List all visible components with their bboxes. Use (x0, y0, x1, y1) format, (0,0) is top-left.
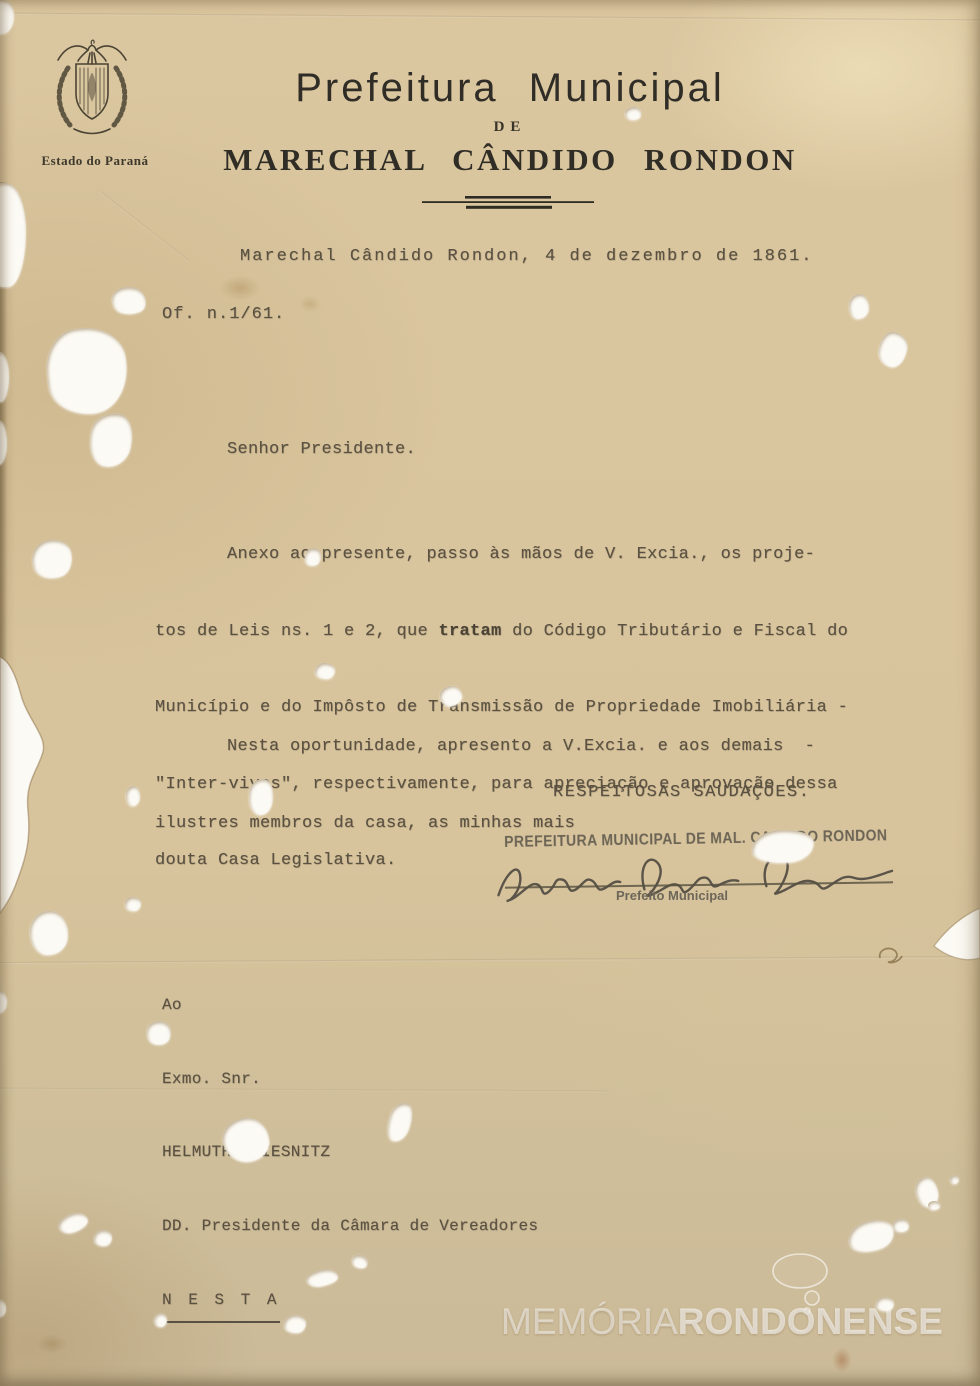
paper-hole (43, 324, 132, 418)
paper-hole (928, 1201, 940, 1210)
paragraph-1-line-2-post: do Código Tributário e Fiscal do (502, 622, 849, 641)
paper-hole (0, 183, 26, 287)
watermark-part2: RONDONENSE (678, 1301, 943, 1343)
parana-coat-of-arms-icon (48, 38, 136, 140)
paragraph-1-line-2: tos de Leis ns. 1 e 2, que tratam do Cód… (155, 613, 848, 652)
paper-crease (0, 13, 980, 22)
recipient-line-exmo: Exmo. Snr. (162, 1061, 538, 1099)
header-divider (422, 195, 594, 210)
closing: RESPEITOSAS SAUDAÇÕES. (553, 783, 810, 802)
recipient-block: Ao Exmo. Snr. HELMUTH PRIESNITZ DD. Pres… (162, 951, 538, 1359)
paper-hole (29, 537, 75, 581)
dateline: Marechal Cândido Rondon, 4 de dezembro d… (240, 247, 813, 266)
paper-hole (85, 409, 137, 471)
paper-hole (0, 991, 7, 1013)
paper-hole (154, 1313, 167, 1327)
paper-hole (56, 1209, 90, 1236)
paper-hole (845, 1215, 897, 1257)
paper-hole (876, 330, 910, 369)
emblem-caption: Estado do Paraná (30, 153, 160, 169)
torn-left-edge (0, 650, 52, 916)
signature-title: Prefeito Municipal (592, 888, 752, 903)
paper-hole (893, 1219, 909, 1232)
letterhead-city: MARECHAL CÂNDIDO RONDON (180, 142, 840, 178)
recipient-title: DD. Presidente da Câmara de Vereadores (162, 1208, 538, 1246)
watermark-part1: MEMÓRIA (501, 1301, 678, 1343)
paragraph-1-line-2-pre: tos de Leis ns. 1 e 2, que (155, 622, 439, 641)
paper-crease (99, 191, 188, 261)
salutation: Senhor Presidente. (227, 440, 416, 459)
torn-right-edge (928, 908, 980, 966)
recipient-name: HELMUTH PRIESNITZ (162, 1134, 538, 1172)
nesta-underlined: N E S T A (162, 1282, 280, 1323)
paper-hole (849, 294, 869, 319)
paper-hole (126, 786, 140, 806)
paper-hole (950, 1175, 959, 1184)
paper-hole (94, 1230, 112, 1246)
paper-hole (125, 897, 141, 911)
paper-hole (876, 1297, 894, 1311)
paper-hole (0, 0, 14, 34)
paper-hole (625, 107, 641, 120)
paper-hole (110, 285, 147, 316)
paper-hole (0, 1299, 6, 1317)
paper-hole (315, 663, 335, 679)
scanned-letter-page: Estado do Paraná Prefeitura Municipal DE… (0, 0, 980, 1386)
paper-hole (0, 352, 9, 402)
paper-hole (284, 1315, 306, 1333)
reference-number: Of. n.1/61. (162, 305, 285, 324)
recipient-line-ao: Ao (162, 987, 538, 1025)
paper-hole (30, 911, 68, 955)
letterhead-de: DE (180, 119, 840, 136)
recipient-city: N E S T A (162, 1282, 538, 1323)
paragraph-2-line-1: Nesta oportunidade, apresento a V.Excia.… (227, 728, 815, 767)
letterhead-title: Prefeitura Municipal (180, 66, 840, 111)
paragraph-1-line-2-bold: tratam (439, 622, 502, 641)
paper-curl-mark (876, 944, 904, 966)
